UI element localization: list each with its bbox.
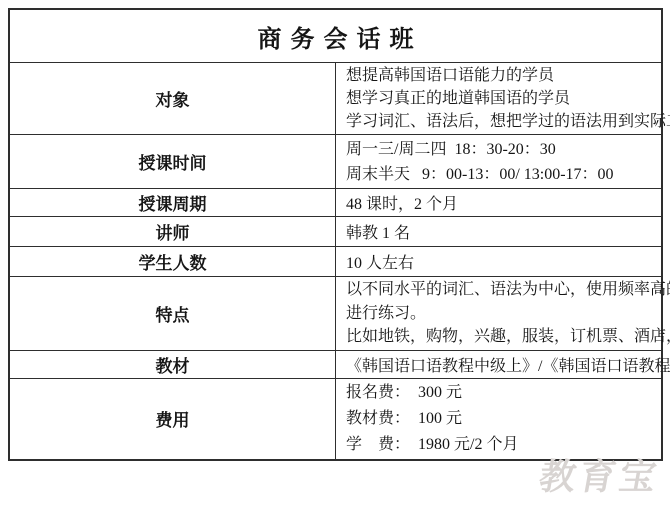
content-line: 以不同水平的词汇、语法为中心，使用频率高的词汇结合各种实际情况来 <box>346 278 660 302</box>
table-row-audience: 对象 想提高韩国语口语能力的学员 想学习真正的地道韩国语的学员 学习词汇、语法后… <box>9 63 662 135</box>
content-line: 进行练习。 <box>346 302 660 326</box>
title-row: 商务会话班 <box>9 9 662 63</box>
row-label-fees: 费用 <box>9 378 336 460</box>
course-title: 商务会话班 <box>9 9 662 63</box>
table-row-fees: 费用 报名费： 300 元 教材费： 100 元 学 费： 1980 元/2 个… <box>9 378 662 460</box>
row-label-period: 授课周期 <box>9 189 336 217</box>
row-content-features: 以不同水平的词汇、语法为中心，使用频率高的词汇结合各种实际情况来 进行练习。 比… <box>336 277 663 351</box>
row-label-textbook: 教材 <box>9 350 336 378</box>
row-content-instructor: 韩教 1 名 <box>336 217 663 247</box>
content-line: 想提高韩国语口语能力的学员 <box>346 64 660 87</box>
row-content-fees: 报名费： 300 元 教材费： 100 元 学 费： 1980 元/2 个月 <box>336 378 663 460</box>
row-label-schedule: 授课时间 <box>9 135 336 189</box>
content-line: 报名费： 300 元 <box>346 380 660 406</box>
table-row-features: 特点 以不同水平的词汇、语法为中心，使用频率高的词汇结合各种实际情况来 进行练习… <box>9 277 662 351</box>
row-label-features: 特点 <box>9 277 336 351</box>
row-content-period: 48 课时，2 个月 <box>336 189 663 217</box>
content-line: 10 人左右 <box>346 250 660 273</box>
content-line: 48 课时，2 个月 <box>346 191 660 214</box>
row-label-audience: 对象 <box>9 63 336 135</box>
row-content-class-size: 10 人左右 <box>336 247 663 277</box>
row-content-textbook: 《韩国语口语教程中级上》/《韩国语口语教程中级下》 <box>336 350 663 378</box>
row-content-audience: 想提高韩国语口语能力的学员 想学习真正的地道韩国语的学员 学习词汇、语法后，想把… <box>336 63 663 135</box>
content-line: 教材费： 100 元 <box>346 406 660 432</box>
table-row-schedule: 授课时间 周一三/周二四 18：30-20：30 周末半天 9：00-13：00… <box>9 135 662 189</box>
table-row-instructor: 讲师 韩教 1 名 <box>9 217 662 247</box>
table-row-class-size: 学生人数 10 人左右 <box>9 247 662 277</box>
content-line: 学习词汇、语法后，想把学过的语法用到实际工作当中的学员 <box>346 110 660 133</box>
course-info-table: 商务会话班 对象 想提高韩国语口语能力的学员 想学习真正的地道韩国语的学员 学习… <box>8 8 663 461</box>
table-row-textbook: 教材 《韩国语口语教程中级上》/《韩国语口语教程中级下》 <box>9 350 662 378</box>
row-label-instructor: 讲师 <box>9 217 336 247</box>
content-line: 《韩国语口语教程中级上》/《韩国语口语教程中级下》 <box>346 353 660 376</box>
row-content-schedule: 周一三/周二四 18：30-20：30 周末半天 9：00-13：00/ 13:… <box>336 135 663 189</box>
content-line: 周末半天 9：00-13：00/ 13:00-17：00 <box>346 162 660 187</box>
table-row-period: 授课周期 48 课时，2 个月 <box>9 189 662 217</box>
jiaoyubao-watermark: 教育宝 <box>535 449 664 500</box>
content-line: 想学习真正的地道韩国语的学员 <box>346 87 660 110</box>
row-label-class-size: 学生人数 <box>9 247 336 277</box>
content-line: 韩教 1 名 <box>346 220 660 243</box>
content-line: 比如地铁，购物，兴趣，服装，订机票、酒店，谈业务等。 <box>346 325 660 349</box>
content-line: 周一三/周二四 18：30-20：30 <box>346 137 660 162</box>
